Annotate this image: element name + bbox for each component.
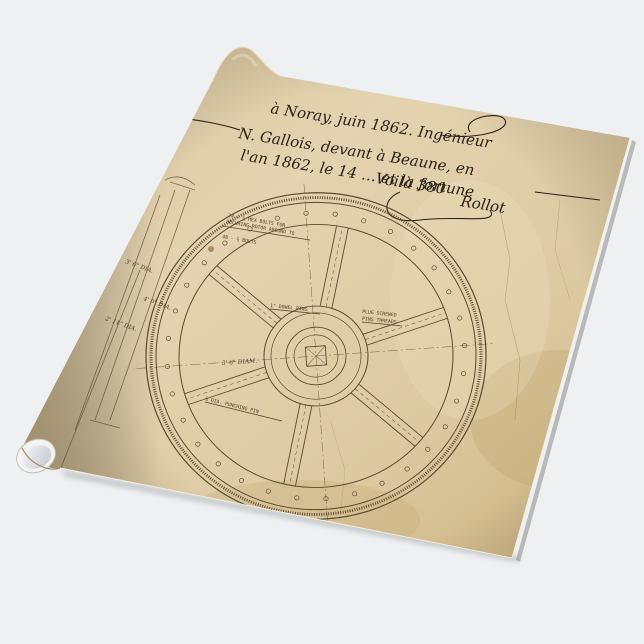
- roll-shading: [0, 0, 644, 644]
- product-photo: 3' 6" DIA. 4' 0" DIA. 2' 11" DIA. à Nora…: [0, 0, 644, 644]
- wrapping-paper-illustration: 3' 6" DIA. 4' 0" DIA. 2' 11" DIA. à Nora…: [0, 0, 644, 644]
